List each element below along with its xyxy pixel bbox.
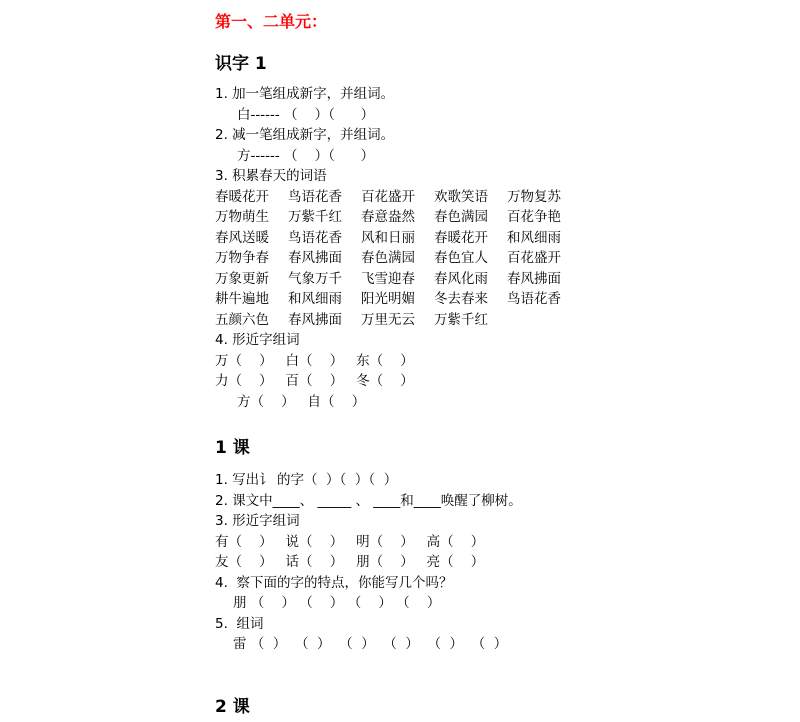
question-line: 4. 察下面的字的特点，你能写几个吗？: [215, 573, 775, 594]
word: 万里无云: [361, 310, 434, 331]
word-row: 五颜六色 春风拂面 万里无云 万紫千红: [215, 310, 775, 331]
answer-blank-line: 方------ （ ）（ ）: [215, 146, 775, 167]
word: 春色满园: [434, 207, 507, 228]
word: 春风拂面: [507, 269, 580, 290]
word: 百花盛开: [507, 248, 580, 269]
question-line: 1. 加一笔组成新字，并组词。: [215, 84, 775, 105]
word-row: 万物争春 春风拂面 春色满园 春色宜人 百花盛开: [215, 248, 775, 269]
question-line: 4. 形近字组词: [215, 330, 775, 351]
answer-blank-line: 有（ ） 说（ ） 明（ ） 高（ ）: [215, 532, 775, 553]
word: 万象更新: [215, 269, 288, 290]
section-heading-shizi1: 识字 1: [215, 54, 775, 74]
word-row: 万象更新 气象万千 飞雪迎春 春风化雨 春风拂面: [215, 269, 775, 290]
word: 耕牛遍地: [215, 289, 288, 310]
word: 百花盛开: [361, 187, 434, 208]
word: 鸟语花香: [507, 289, 580, 310]
word-row: 耕牛遍地 和风细雨 阳光明媚 冬去春来 鸟语花香: [215, 289, 775, 310]
word: 冬去春来: [434, 289, 507, 310]
word: 万紫千红: [288, 207, 361, 228]
answer-blank-line: 万（ ） 白（ ） 东（ ）: [215, 351, 775, 372]
word: 鸟语花香: [288, 187, 361, 208]
question-line: 3. 形近字组词: [215, 511, 775, 532]
section-heading-lesson2: 2 课: [215, 697, 775, 717]
word: 和风细雨: [288, 289, 361, 310]
word: 阳光明媚: [361, 289, 434, 310]
word: 春风拂面: [288, 310, 361, 331]
word: 欢歌笑语: [434, 187, 507, 208]
word: 春风化雨: [434, 269, 507, 290]
word: 春色宜人: [434, 248, 507, 269]
word: 鸟语花香: [288, 228, 361, 249]
word: 万紫千红: [434, 310, 507, 331]
answer-blank-line: 友（ ） 话（ ） 朋（ ） 亮（ ）: [215, 552, 775, 573]
question-line: 2. 课文中____、 _____ 、 ____和____唤醒了柳树。: [215, 491, 775, 512]
word: 万物复苏: [507, 187, 580, 208]
word: 万物萌生: [215, 207, 288, 228]
answer-blank-line: 方（ ） 自（ ）: [215, 392, 775, 413]
word: 春风拂面: [288, 248, 361, 269]
word-row: 春风送暖 鸟语花香 风和日丽 春暖花开 和风细雨: [215, 228, 775, 249]
word: 春暖花开: [434, 228, 507, 249]
word-row: 春暖花开 鸟语花香 百花盛开 欢歌笑语 万物复苏: [215, 187, 775, 208]
word: 飞雪迎春: [361, 269, 434, 290]
word: 和风细雨: [507, 228, 580, 249]
answer-blank-line: 朋 （ ） （ ） （ ） （ ）: [215, 593, 775, 614]
question-line: 2. 减一笔组成新字，并组词。: [215, 125, 775, 146]
worksheet-document: 第一、二单元： 识字 1 1. 加一笔组成新字，并组词。 白------ （ ）…: [0, 0, 775, 717]
word: 春风送暖: [215, 228, 288, 249]
word: 百花争艳: [507, 207, 580, 228]
word: 五颜六色: [215, 310, 288, 331]
question-line: 1. 写出讠 的字（ ）（ ）（ ）: [215, 470, 775, 491]
question-line: 5. 组词: [215, 614, 775, 635]
word: 春意盎然: [361, 207, 434, 228]
word: 万物争春: [215, 248, 288, 269]
answer-blank-line: 白------ （ ）（ ）: [215, 105, 775, 126]
word-row: 万物萌生 万紫千红 春意盎然 春色满园 百花争艳: [215, 207, 775, 228]
word: 风和日丽: [361, 228, 434, 249]
answer-blank-line: 力（ ） 百（ ） 冬（ ）: [215, 371, 775, 392]
spring-words-grid: 春暖花开 鸟语花香 百花盛开 欢歌笑语 万物复苏 万物萌生 万紫千红 春意盎然 …: [215, 187, 775, 331]
word: 春色满园: [361, 248, 434, 269]
word: 气象万千: [288, 269, 361, 290]
answer-blank-line: 雷 （ ） （ ） （ ） （ ） （ ） （ ）: [215, 634, 775, 655]
section-heading-lesson1: 1 课: [215, 438, 775, 458]
word: 春暖花开: [215, 187, 288, 208]
unit-title: 第一、二单元：: [215, 12, 775, 32]
question-line: 3. 积累春天的词语: [215, 166, 775, 187]
